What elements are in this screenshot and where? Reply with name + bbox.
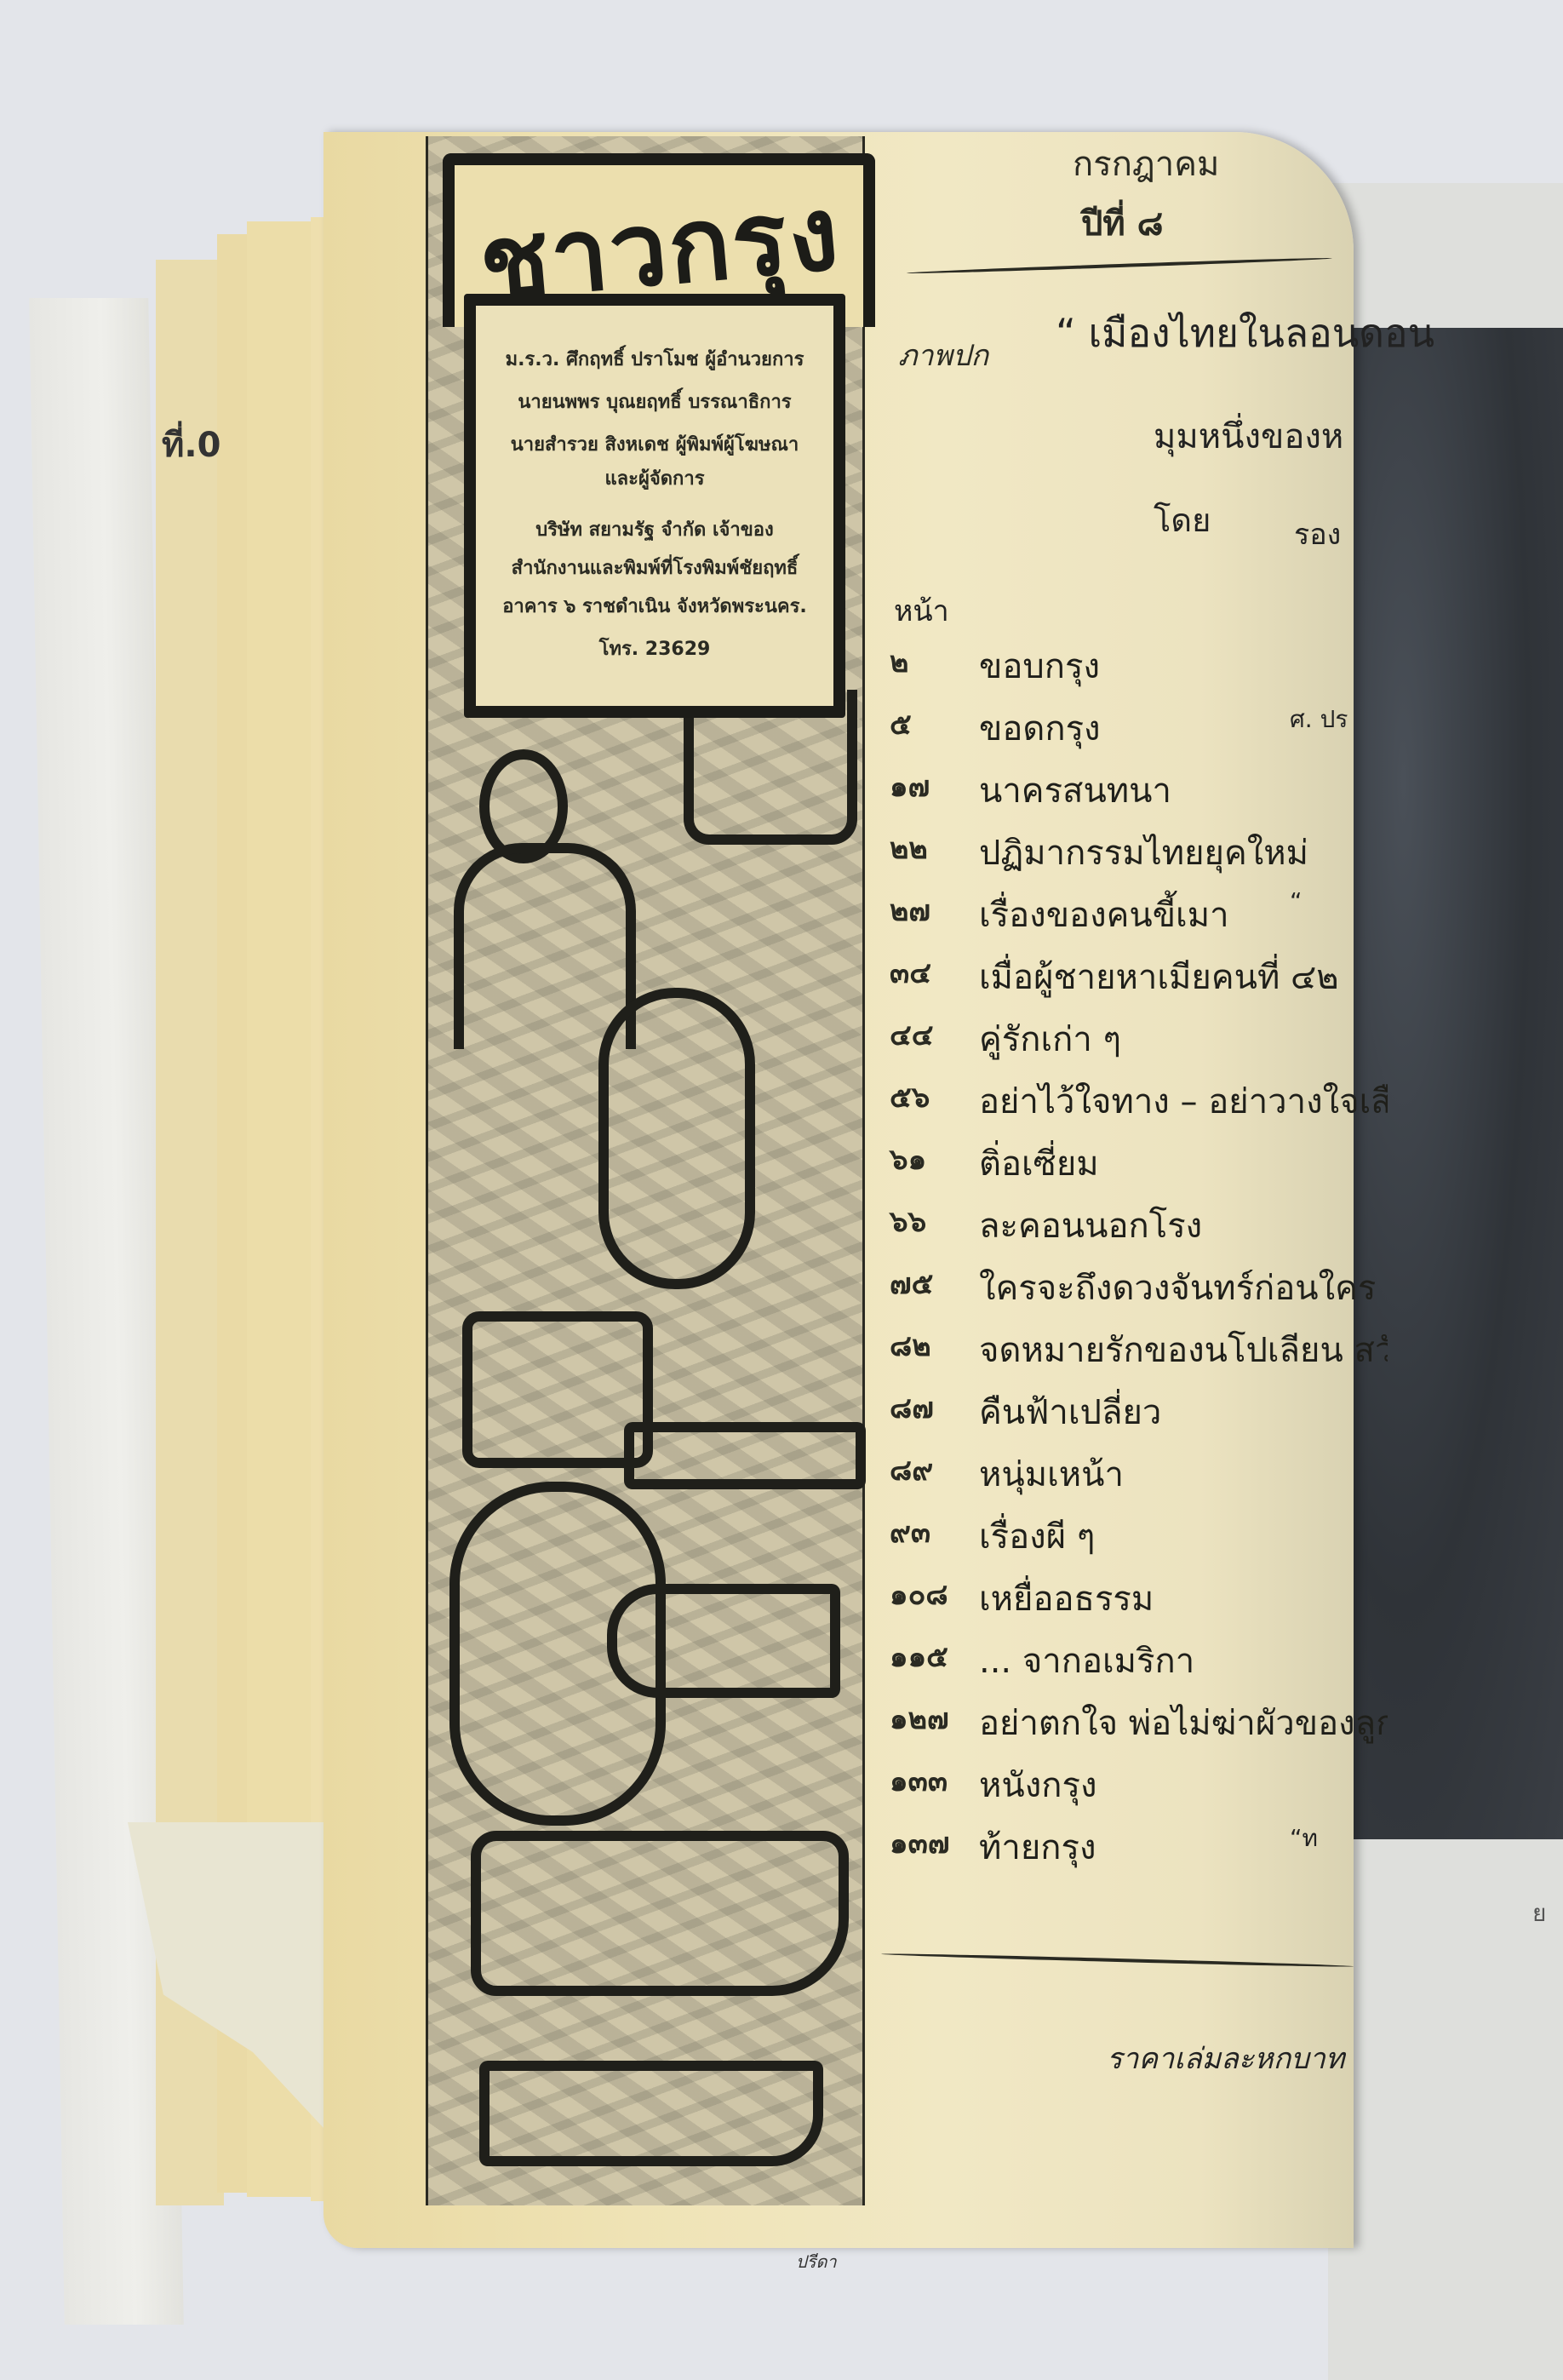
credit-line: อาคาร ๖ ราชดำเนิน จังหวัดพระนคร. [476,591,833,621]
artist-signature: ปรีดา [796,2248,837,2275]
toc-title: อย่าตกใจ พ่อไม่ฆ่าผัวของลูก [979,1695,1388,1750]
credits-box: ม.ร.ว. ศึกฤทธิ์ ปราโมช ผู้อำนวยการ นายนพ… [464,294,845,718]
toc-title: ปฏิมากรรมไทยยุคใหม่ [979,825,1388,880]
toc-page-number: ๓๔ [890,949,966,995]
toc-author: “ [1290,887,1302,915]
toc-page-header: หน้า [894,588,949,634]
toc-entry: ๒๒ปฏิมากรรมไทยยุคใหม่ [890,825,1366,876]
toc-title: เมื่อผู้ชายหาเมียคนที่ ๔๒ [979,949,1388,1004]
toc-title: ละคอนนอกโรง [979,1198,1388,1253]
toc-entry: ๓๔เมื่อผู้ชายหาเมียคนที่ ๔๒ [890,949,1366,1001]
toc-entry: ๑๓๗ท้ายกรุง“ท [890,1820,1366,1871]
toc-title: ท้ายกรุง [979,1820,1388,1874]
toc-title: ใครจะถึงดวงจันทร์ก่อนใคร [979,1260,1388,1315]
toc-entry: ๖๖ละคอนนอกโรง [890,1198,1366,1249]
toc-entry: ๖๑ติ่อเซี่ยม [890,1136,1366,1187]
toc-entry: ๑๒๗อย่าตกใจ พ่อไม่ฆ่าผัวของลูก [890,1695,1366,1746]
issue-price: ราคาเล่มละหกบาท [1107,2035,1354,2081]
toc-title: หนังกรุง [979,1758,1388,1812]
scooter-shape [471,1831,849,1996]
toc-entry: ๘๒จดหมายรักของนโปเลียน สวั [890,1322,1366,1374]
page-edge-text-fragment: ที่.0 [162,417,220,472]
toc-page-number: ๒๒ [890,825,966,871]
credit-line: บริษัท สยามรัฐ จำกัด เจ้าของ [476,514,833,544]
toc-title: คู่รักเก่า ๆ [979,1012,1388,1066]
toc-page-number: ๑๑๕ [890,1633,966,1679]
right-page-text-fragment: ย [1532,1895,1546,1932]
toc-page-number: ๙๓ [890,1509,966,1555]
rocket-shape [624,1422,866,1489]
credit-phone: โทร. 23629 [476,634,833,663]
credit-line: นายสำรวย สิงหเดช ผู้พิมพ์ผู้โฆษณา [476,429,833,459]
toc-author: ศ. ปร [1290,701,1348,738]
toc-entry: ๒ขอบกรุง [890,639,1366,690]
buddha-body-shape [454,843,636,1049]
toc-entry: ๘๗คืนฟ้าเปลี่ยว [890,1385,1366,1436]
toc-entry: ๑๐๘เหยื่ออธรรม [890,1571,1366,1622]
toc-page-number: ๒๗ [890,887,966,933]
cover-label: ภาพปก [898,332,988,378]
toc-title: เรื่องผี ๆ [979,1509,1388,1563]
cover-title: “ เมืองไทยในลอนดอน [1056,302,1434,364]
toc-page-number: ๗๕ [890,1260,966,1306]
toc-page-number: ๔๔ [890,1012,966,1058]
cover-subtitle: มุมหนึ่งของห [1154,409,1343,463]
toc-entry: ๑๗นาครสนทนา [890,763,1366,814]
toc-entry: ๕ขอดกรุงศ. ปร [890,701,1366,752]
toc-title: เรื่องของคนขี้เมา [979,887,1388,942]
toc-page-number: ๑๓๗ [890,1820,966,1866]
cover-artist: รอง [1294,511,1341,557]
toc-page-number: ๖๖ [890,1198,966,1244]
toc-author: “ท [1290,1820,1318,1857]
issue-month: กรกฎาคม [1073,136,1219,191]
toc-entry: ๔๔คู่รักเก่า ๆ [890,1012,1366,1063]
toc-page-number: ๘๗ [890,1385,966,1431]
toc-page-number: ๕ [890,701,966,747]
toc-title: เหยื่ออธรรม [979,1571,1388,1626]
credit-line: สำนักงานและพิมพ์ที่โรงพิมพ์ชัยฤทธิ์ [476,553,833,582]
toc-page-number: ๖๑ [890,1136,966,1182]
toc-entry: ๗๕ใครจะถึงดวงจันทร์ก่อนใคร [890,1260,1366,1311]
toc-title: ... จากอเมริกา [979,1633,1388,1688]
toc-entry: ๑๓๓หนังกรุง [890,1758,1366,1809]
toc-entry: ๙๓เรื่องผี ๆ [890,1509,1366,1560]
toc-page-number: ๑๒๗ [890,1695,966,1741]
credit-line: ม.ร.ว. ศึกฤทธิ์ ปราโมช ผู้อำนวยการ [476,344,833,374]
toc-page-number: ๑๐๘ [890,1571,966,1617]
toc-page-number: ๑๓๓ [890,1758,966,1804]
toc-title: หนุ่มเหน้า [979,1447,1388,1501]
toc-entry: ๒๗เรื่องของคนขี้เมา“ [890,887,1366,938]
credit-line: นายนพพร บุณยฤทธิ์ บรรณาธิการ [476,387,833,416]
toc-page-number: ๒ [890,639,966,685]
toc-title: อย่าไว้ใจทาง – อย่าวางใจเสือ [979,1074,1388,1128]
issue-year: ปีที่ ๘ [1081,196,1164,250]
toc-title: นาครสนทนา [979,763,1388,817]
toc-page-number: ๘๒ [890,1322,966,1368]
toc-page-number: ๘๙ [890,1447,966,1493]
credit-line: และผู้จัดการ [476,463,833,493]
telescope-shape [607,1584,840,1698]
toc-title: จดหมายรักของนโปเลียน สวั [979,1322,1388,1377]
reclining-figure-shape [479,2061,823,2166]
toc-title: คืนฟ้าเปลี่ยว [979,1385,1388,1439]
toc-page-number: ๕๖ [890,1074,966,1120]
toc-title: ติ่อเซี่ยม [979,1136,1388,1190]
toc-title: ขอบกรุง [979,639,1388,693]
toc-page-number: ๑๗ [890,763,966,809]
toc-entry: ๕๖อย่าไว้ใจทาง – อย่าวางใจเสือ [890,1074,1366,1125]
kneeling-figure-shape [598,988,755,1289]
toc-entry: ๑๑๕... จากอเมริกา [890,1633,1366,1684]
toc-entry: ๘๙หนุ่มเหน้า [890,1447,1366,1498]
by-label: โดย [1154,494,1211,546]
